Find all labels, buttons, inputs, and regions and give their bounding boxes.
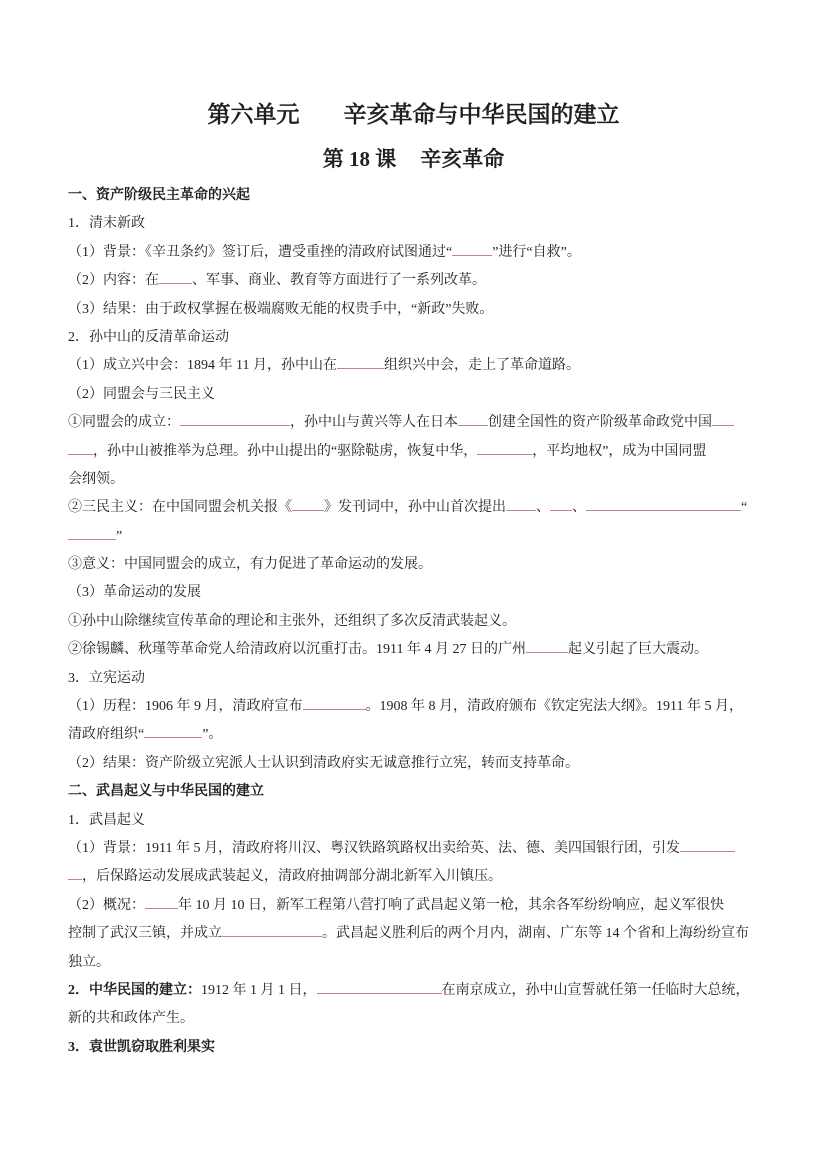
text-line: 会纲领。: [68, 466, 777, 494]
text-segment: 1912 年 1 月 1 日，: [201, 983, 317, 998]
worksheet-page: 第六单元辛亥革命与中华民国的建立 第 18 课辛亥革命 一、资产阶级民主革命的兴…: [0, 0, 827, 1169]
fill-in-blank: [180, 412, 290, 426]
fill-in-blank: [712, 412, 734, 426]
fill-in-blank: [303, 696, 366, 710]
text-line: （2）内容：在、军事、商业、教育等方面进行了一系列改革。: [68, 267, 777, 295]
text-segment: 1．清末新政: [68, 216, 145, 231]
text-line: 1．清末新政: [68, 210, 777, 238]
text-segment: 组织兴中会，走上了革命道路。: [384, 358, 580, 373]
fill-in-blank: [680, 838, 735, 852]
text-segment: （2）同盟会与三民主义: [68, 387, 215, 402]
text-segment: ”进行“自救”。: [492, 245, 581, 260]
text-line: （2）结果：资产阶级立宪派人士认识到清政府实无诚意推行立宪，转而支持革命。: [68, 750, 777, 778]
text-segment: 控制了武汉三镇，并成立: [68, 926, 222, 941]
text-line: 1．武昌起义: [68, 807, 777, 835]
text-segment: ，平均地权”，成为中国同盟: [532, 444, 706, 459]
text-line: 2．孙中山的反清革命运动: [68, 324, 777, 352]
text-line: （1）背景：《辛丑条约》签订后，遭受重挫的清政府试图通过“”进行“自救”。: [68, 239, 777, 267]
fill-in-blank: [317, 980, 442, 994]
text-segment: 年 10 月 10 日，新军工程第八营打响了武昌起义第一枪，其余各军纷纷响应，起…: [178, 898, 724, 913]
fill-in-blank: [477, 441, 532, 455]
fill-in-blank: [159, 270, 192, 284]
text-segment: 2．中华民国的建立：: [68, 983, 201, 998]
fill-in-blank: [458, 412, 488, 426]
text-segment: （2）概况：: [68, 898, 145, 913]
text-segment: 。武昌起义胜利后的两个月内，湖南、广东等 14 个省和上海纷纷宣布: [322, 926, 749, 941]
text-line: ，孙中山被推举为总理。孙中山提出的“驱除鞑虏，恢复中华，，平均地权”，成为中国同…: [68, 438, 777, 466]
text-line: 二、武昌起义与中华民国的建立: [68, 778, 777, 806]
text-segment: 新的共和政体产生。: [68, 1011, 194, 1026]
text-segment: 清政府组织“: [68, 727, 144, 742]
text-line: 2．中华民国的建立：1912 年 1 月 1 日，在南京成立，孙中山宣誓就任第一…: [68, 977, 777, 1005]
text-line: （3）革命运动的发展: [68, 579, 777, 607]
text-line: （3）结果：由于政权掌握在极端腐败无能的权贵手中，“新政”失败。: [68, 296, 777, 324]
fill-in-blank: [586, 497, 741, 511]
unit-title-prefix: 第六单元: [208, 102, 300, 127]
fill-in-blank: [145, 895, 178, 909]
text-line: （1）成立兴中会：1894 年 11 月，孙中山在组织兴中会，走上了革命道路。: [68, 352, 777, 380]
text-segment: ①同盟会的成立：: [68, 415, 180, 430]
text-line: 控制了武汉三镇，并成立。武昌起义胜利后的两个月内，湖南、广东等 14 个省和上海…: [68, 920, 777, 948]
text-segment: （1）成立兴中会：1894 年 11 月，孙中山在: [68, 358, 337, 373]
text-line: 3．立宪运动: [68, 665, 777, 693]
text-segment: （2）内容：在: [68, 273, 159, 288]
fill-in-blank: [222, 923, 322, 937]
text-segment: 起义引起了巨大震动。: [568, 642, 708, 657]
text-segment: 在南京成立，孙中山宣誓就任第一任临时大总统，: [442, 983, 750, 998]
text-segment: 3．立宪运动: [68, 671, 145, 686]
lesson-title-prefix: 第 18 课: [323, 147, 397, 171]
text-line: ①孙中山除继续宣传革命的理论和主张外，还组织了多次反清武装起义。: [68, 608, 777, 636]
text-segment: （1）历程：1906 年 9 月，清政府宣布: [68, 699, 303, 714]
fill-in-blank: [506, 497, 536, 511]
fill-in-blank: [526, 639, 568, 653]
text-line: ②三民主义：在中国同盟会机关报《》发刊词中，孙中山首次提出、、“: [68, 494, 777, 522]
text-segment: ，后保路运动发展成武装起义，清政府抽调部分湖北新军入川镇压。: [82, 869, 502, 884]
text-segment: （1）背景：1911 年 5 月，清政府将川汉、粤汉铁路筑路权出卖给英、法、德、…: [68, 841, 680, 856]
text-segment: （2）结果：资产阶级立宪派人士认识到清政府实无诚意推行立宪，转而支持革命。: [68, 756, 579, 771]
text-segment: ”。: [202, 727, 222, 742]
text-segment: ，孙中山被推举为总理。孙中山提出的“驱除鞑虏，恢复中华，: [93, 444, 477, 459]
text-line: ，后保路运动发展成武装起义，清政府抽调部分湖北新军入川镇压。: [68, 863, 777, 891]
text-segment: ，孙中山与黄兴等人在日本: [290, 415, 458, 430]
text-line: （1）历程：1906 年 9 月，清政府宣布。1908 年 8 月，清政府颁布《…: [68, 693, 777, 721]
text-segment: 一、资产阶级民主革命的兴起: [68, 188, 250, 203]
text-line: 清政府组织“”。: [68, 721, 777, 749]
text-segment: 二、武昌起义与中华民国的建立: [68, 784, 264, 799]
text-line: 一、资产阶级民主革命的兴起: [68, 182, 777, 210]
text-segment: ②徐锡麟、秋瑾等革命党人给清政府以沉重打击。1911 年 4 月 27 日的广州: [68, 642, 526, 657]
text-segment: 、军事、商业、教育等方面进行了一系列改革。: [192, 273, 486, 288]
text-segment: 。1908 年 8 月，清政府颁布《钦定宪法大纲》。1911 年 5 月，: [366, 699, 743, 714]
unit-title-text: 辛亥革命与中华民国的建立: [344, 102, 620, 127]
text-line: ③意义：中国同盟会的成立，有力促进了革命运动的发展。: [68, 551, 777, 579]
text-line: 独立。: [68, 949, 777, 977]
fill-in-blank: [550, 497, 572, 511]
text-segment: “: [741, 500, 747, 515]
text-line: ①同盟会的成立：，孙中山与黄兴等人在日本创建全国性的资产阶级革命政党中国: [68, 409, 777, 437]
text-segment: （3）革命运动的发展: [68, 585, 201, 600]
fill-in-blank: [337, 355, 384, 369]
text-segment: 、: [572, 500, 586, 515]
text-line: （2）同盟会与三民主义: [68, 381, 777, 409]
fill-in-blank: [68, 866, 82, 880]
text-segment: 创建全国性的资产阶级革命政党中国: [488, 415, 712, 430]
text-segment: ”: [116, 529, 122, 544]
lesson-title-text: 辛亥革命: [420, 147, 504, 171]
text-segment: 会纲领。: [68, 472, 124, 487]
fill-in-blank: [68, 526, 116, 540]
fill-in-blank: [452, 242, 492, 256]
text-segment: 1．武昌起义: [68, 813, 145, 828]
text-segment: 3．袁世凯窃取胜利果实: [68, 1040, 215, 1055]
text-line: ”: [68, 523, 777, 551]
unit-title: 第六单元辛亥革命与中华民国的建立: [0, 100, 827, 130]
text-segment: ③意义：中国同盟会的成立，有力促进了革命运动的发展。: [68, 557, 432, 572]
lesson-title: 第 18 课辛亥革命: [0, 145, 827, 173]
fill-in-blank: [292, 497, 324, 511]
text-line: ②徐锡麟、秋瑾等革命党人给清政府以沉重打击。1911 年 4 月 27 日的广州…: [68, 636, 777, 664]
text-segment: 2．孙中山的反清革命运动: [68, 330, 229, 345]
text-segment: 独立。: [68, 955, 110, 970]
text-segment: 》发刊词中，孙中山首次提出: [324, 500, 506, 515]
text-segment: ①孙中山除继续宣传革命的理论和主张外，还组织了多次反清武装起义。: [68, 614, 516, 629]
fill-in-blank: [68, 441, 93, 455]
text-line: （1）背景：1911 年 5 月，清政府将川汉、粤汉铁路筑路权出卖给英、法、德、…: [68, 835, 777, 863]
document-body: 一、资产阶级民主革命的兴起1．清末新政（1）背景：《辛丑条约》签订后，遭受重挫的…: [0, 182, 827, 1062]
text-segment: （1）背景：《辛丑条约》签订后，遭受重挫的清政府试图通过“: [68, 245, 452, 260]
text-segment: 、: [536, 500, 550, 515]
text-line: （2）概况：年 10 月 10 日，新军工程第八营打响了武昌起义第一枪，其余各军…: [68, 892, 777, 920]
text-segment: （3）结果：由于政权掌握在极端腐败无能的权贵手中，“新政”失败。: [68, 302, 493, 317]
text-segment: ②三民主义：在中国同盟会机关报《: [68, 500, 292, 515]
fill-in-blank: [144, 724, 202, 738]
text-line: 3．袁世凯窃取胜利果实: [68, 1034, 777, 1062]
text-line: 新的共和政体产生。: [68, 1005, 777, 1033]
